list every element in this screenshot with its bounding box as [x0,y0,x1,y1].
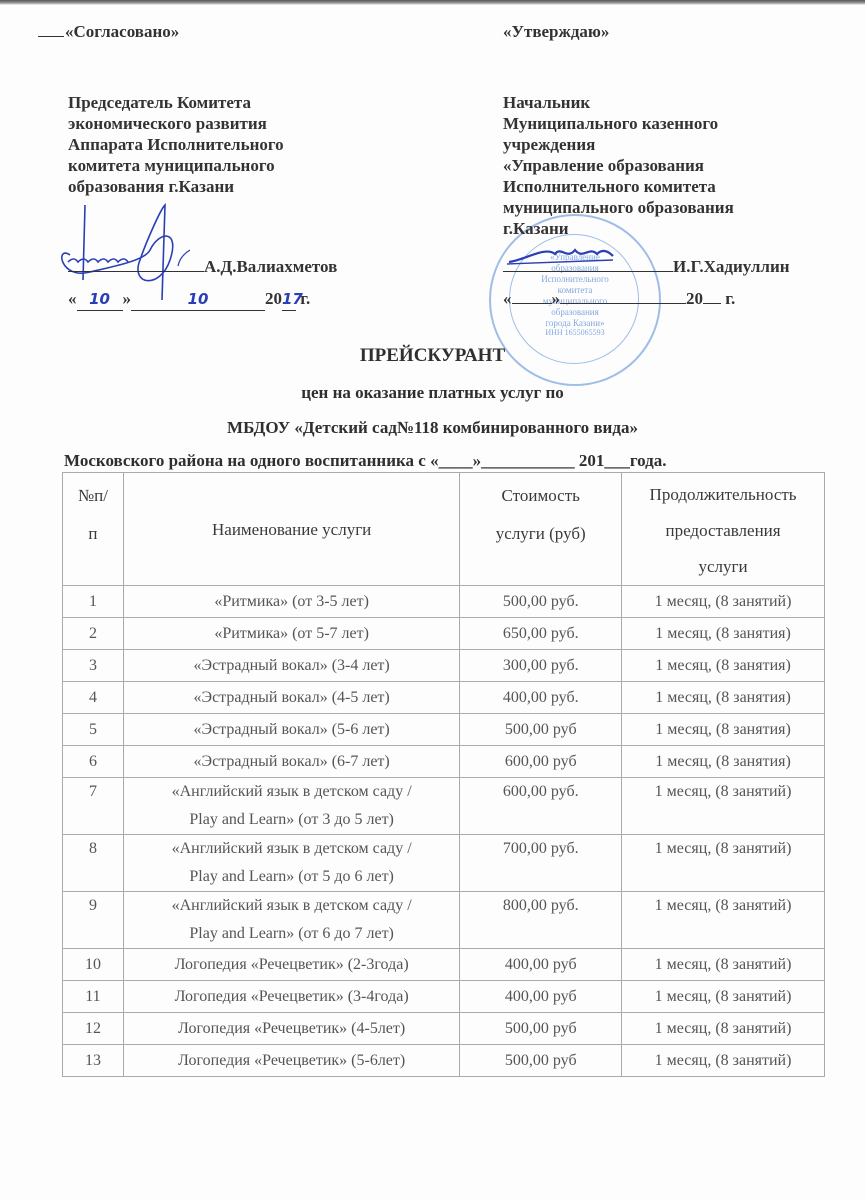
header-name: Наименование услуги [123,473,459,586]
cell-price: 600,00 руб. [460,778,622,835]
date-suffix: г. [296,289,310,308]
header-line: Продолжительность [626,477,820,513]
cell-name-line: Play and Learn» (от 3 до 5 лет) [128,806,455,834]
cell-duration: 1 месяц, (8 занятий) [622,1045,825,1077]
signatory-name: А.Д.Валиахметов [204,257,337,276]
cell-num: 10 [63,949,124,981]
table-row: 3 «Эстрадный вокал» (3-4 лет) 300,00 руб… [63,650,825,682]
cell-name: «Ритмика» (от 5-7 лет) [123,618,459,650]
cell-name: «Ритмика» (от 3-5 лет) [123,586,459,618]
position-line: экономического развития [68,113,284,134]
cell-name: «Английский язык в детском саду / Play a… [123,835,459,892]
cell-num: 9 [63,892,124,949]
date-year-prefix: 20 [265,289,282,308]
cell-duration: 1 месяц, (8 занятий) [622,892,825,949]
cell-num: 6 [63,746,124,778]
table-row: 2 «Ритмика» (от 5-7 лет) 650,00 руб. 1 м… [63,618,825,650]
cell-name-line: «Английский язык в детском саду / [128,778,455,806]
position-line: образования г.Казани [68,176,284,197]
cell-duration: 1 месяц, (8 занятия) [622,650,825,682]
cell-duration: 1 месяц, (8 занятий) [622,1013,825,1045]
district-period-line: Московского района на одного воспитанник… [64,451,667,471]
table-row: 1 «Ритмика» (от 3-5 лет) 500,00 руб. 1 м… [63,586,825,618]
cell-price: 800,00 руб. [460,892,622,949]
date-month [560,303,686,304]
cell-name: Логопедия «Речецветик» (2-3года) [123,949,459,981]
cell-num: 12 [63,1013,124,1045]
cell-price: 400,00 руб [460,981,622,1013]
cell-price: 500,00 руб [460,714,622,746]
cell-duration: 1 месяц, (8 занятий) [622,981,825,1013]
header-line: услуги (руб) [464,515,617,553]
table-row: 5 «Эстрадный вокал» (5-6 лет) 500,00 руб… [63,714,825,746]
cell-price: 400,00 руб. [460,682,622,714]
left-approval-position: Председатель Комитета экономического раз… [68,92,284,197]
cell-price: 600,00 руб [460,746,622,778]
position-line: «Управление образования [503,155,734,176]
signature-blank [503,271,673,272]
cell-num: 4 [63,682,124,714]
cell-price: 300,00 руб. [460,650,622,682]
header-num: №п/ п [63,473,124,586]
cell-num: 13 [63,1045,124,1077]
price-table: №п/ п Наименование услуги Стоимость услу… [62,472,825,1077]
table-row: 11 Логопедия «Речецветик» (3-4года) 400,… [63,981,825,1013]
cell-price: 700,00 руб. [460,835,622,892]
position-line: Председатель Комитета [68,92,284,113]
cell-duration: 1 месяц, (8 занятий) [622,949,825,981]
cell-num: 5 [63,714,124,746]
cell-num: 7 [63,778,124,835]
header-line: №п/ [67,477,119,515]
cell-name-line: «Английский язык в детском саду / [128,835,455,863]
cell-duration: 1 месяц, (8 занятий) [622,586,825,618]
cell-name-line: Play and Learn» (от 5 до 6 лет) [128,863,455,891]
right-approval-position: Начальник Муниципального казенного учреж… [503,92,734,239]
table-row: 13 Логопедия «Речецветик» (5-6лет) 500,0… [63,1045,825,1077]
left-approval-heading: «Согласовано» [38,21,179,42]
institution-name: МБДОУ «Детский сад№118 комбинированного … [0,418,865,438]
header-duration: Продолжительность предоставления услуги [622,473,825,586]
heading-text: «Согласовано» [65,22,179,41]
date-year-suffix [703,303,721,304]
cell-duration: 1 месяц, (8 занятия) [622,618,825,650]
header-line: услуги [626,549,820,585]
cell-name-line: Play and Learn» (от 6 до 7 лет) [128,920,455,948]
header-line: предоставления [626,513,820,549]
position-line: муниципального образования [503,197,734,218]
table-row: 10 Логопедия «Речецветик» (2-3года) 400,… [63,949,825,981]
cell-price: 650,00 руб. [460,618,622,650]
table-row: 7 «Английский язык в детском саду / Play… [63,778,825,835]
signature-blank [68,271,204,272]
position-line: Начальник [503,92,734,113]
cell-name: «Эстрадный вокал» (3-4 лет) [123,650,459,682]
header-price: Стоимость услуги (руб) [460,473,622,586]
cell-num: 2 [63,618,124,650]
cell-num: 11 [63,981,124,1013]
header-line: Стоимость [464,477,617,515]
date-suffix: г. [721,289,735,308]
cell-price: 400,00 руб [460,949,622,981]
cell-duration: 1 месяц, (8 занятий) [622,835,825,892]
cell-duration: 1 месяц, (8 занятия) [622,714,825,746]
cell-name: Логопедия «Речецветик» (4-5лет) [123,1013,459,1045]
cell-num: 1 [63,586,124,618]
date-day: 10 [77,289,123,311]
position-line: г.Казани [503,218,734,239]
cell-duration: 1 месяц, (8 занятия) [622,682,825,714]
cell-num: 8 [63,835,124,892]
position-line: комитета муниципального [68,155,284,176]
table-row: 9 «Английский язык в детском саду / Play… [63,892,825,949]
document-title: ПРЕЙСКУРАНТ [0,345,865,367]
stamp-inn: ИНН 1655065593 [491,328,659,337]
cell-name: «Эстрадный вокал» (6-7 лет) [123,746,459,778]
heading-blank-line [38,36,64,37]
cell-price: 500,00 руб. [460,586,622,618]
right-signature-line: И.Г.Хадиуллин [503,256,790,277]
date-year-prefix: 20 [686,289,703,308]
right-approval-heading: «Утверждаю» [503,21,609,42]
right-date-line: «»20 г. [503,288,735,309]
date-month: 10 [131,289,265,311]
cell-name-line: «Английский язык в детском саду / [128,892,455,920]
cell-price: 500,00 руб [460,1045,622,1077]
cell-name: «Английский язык в детском саду / Play a… [123,778,459,835]
table-row: 8 «Английский язык в детском саду / Play… [63,835,825,892]
date-day [512,303,552,304]
left-date-line: «10»102017 г. [68,288,310,311]
date-year-suffix: 17 [282,289,296,311]
position-line: Исполнительного комитета [503,176,734,197]
cell-duration: 1 месяц, (8 занятия) [622,746,825,778]
cell-duration: 1 месяц, (8 занятий) [622,778,825,835]
table-row: 4 «Эстрадный вокал» (4-5 лет) 400,00 руб… [63,682,825,714]
cell-name: «Эстрадный вокал» (4-5 лет) [123,682,459,714]
table-row: 6 «Эстрадный вокал» (6-7 лет) 600,00 руб… [63,746,825,778]
signatory-name: И.Г.Хадиуллин [673,257,790,276]
cell-name: «Эстрадный вокал» (5-6 лет) [123,714,459,746]
header-line: п [67,515,119,553]
position-line: Аппарата Исполнительного [68,134,284,155]
position-line: учреждения [503,134,734,155]
cell-num: 3 [63,650,124,682]
document-subtitle-line: цен на оказание платных услуг по [0,383,865,403]
position-line: Муниципального казенного [503,113,734,134]
table-header-row: №п/ п Наименование услуги Стоимость услу… [63,473,825,586]
cell-name: Логопедия «Речецветик» (3-4года) [123,981,459,1013]
left-signature-line: А.Д.Валиахметов [68,256,337,277]
cell-price: 500,00 руб [460,1013,622,1045]
cell-name: Логопедия «Речецветик» (5-6лет) [123,1045,459,1077]
page-top-edge [0,0,865,5]
cell-name: «Английский язык в детском саду / Play a… [123,892,459,949]
table-row: 12 Логопедия «Речецветик» (4-5лет) 500,0… [63,1013,825,1045]
